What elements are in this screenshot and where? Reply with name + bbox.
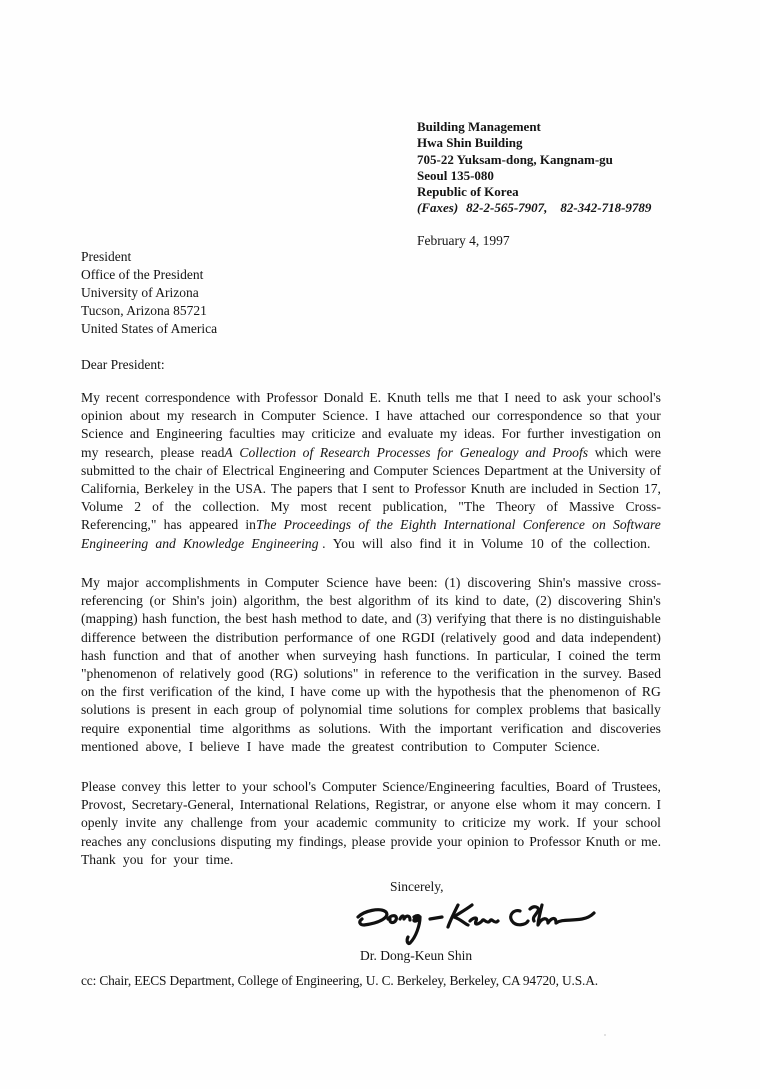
word: (3) (416, 610, 432, 628)
word: The (271, 480, 292, 498)
word: to (139, 462, 150, 480)
word: the (175, 498, 192, 516)
word: tells (427, 389, 450, 407)
word: kind (455, 592, 479, 610)
word: the (328, 738, 348, 756)
word: In (477, 647, 488, 665)
word: that (337, 480, 357, 498)
word: whom (522, 796, 556, 814)
word: faculties, (500, 778, 549, 796)
word: your (593, 814, 618, 832)
word: Computer (322, 778, 376, 796)
word: Knuth (387, 389, 421, 407)
word: Proofs (552, 444, 588, 462)
word: Engineering (81, 535, 152, 553)
word: to (346, 610, 357, 628)
body-paragraph-1: MyrecentcorrespondencewithProfessorDonal… (81, 389, 661, 553)
word: Referencing," (81, 516, 156, 534)
word: I (557, 647, 562, 665)
word: the (612, 647, 629, 665)
word: Science (81, 425, 123, 443)
word: group (245, 701, 277, 719)
body-paragraph-2: MymajoraccomplishmentsinComputerScienceh… (81, 574, 661, 756)
word: discovering (558, 592, 621, 610)
word: of (152, 498, 163, 516)
word: of (595, 778, 606, 796)
word: I (375, 407, 380, 425)
word: to (437, 665, 448, 683)
word: E. (369, 389, 381, 407)
word: Relations, (315, 796, 370, 814)
word: will (362, 535, 387, 553)
word: in (544, 665, 555, 683)
word: ideas. (464, 425, 495, 443)
word: faculties (229, 425, 275, 443)
word: for (454, 701, 470, 719)
word: I (189, 738, 197, 756)
word: investigation (571, 425, 641, 443)
word: and (525, 444, 545, 462)
word: the (376, 516, 393, 534)
word: the (100, 683, 117, 701)
word: and (165, 647, 185, 665)
word: or (434, 796, 445, 814)
word: from (250, 814, 276, 832)
word: distinguishable (578, 610, 660, 628)
word: verification (501, 720, 564, 738)
word: RGDI (402, 629, 435, 647)
word: openly (81, 814, 118, 832)
letter-date: February 4, 1997 (417, 232, 510, 249)
word: good (503, 629, 530, 647)
word: provide (391, 833, 433, 851)
word: 17, (644, 480, 661, 498)
word: please (352, 833, 386, 851)
word: find (419, 535, 445, 553)
word: of (218, 683, 229, 701)
word: need (515, 389, 541, 407)
word: kind, (257, 683, 285, 701)
word: to (444, 814, 455, 832)
word: which (595, 444, 628, 462)
word: at (553, 462, 563, 480)
word: to (514, 833, 525, 851)
paragraph-line: MyrecentcorrespondencewithProfessorDonal… (81, 389, 661, 407)
word: Provost, (81, 796, 126, 814)
word: academic (316, 814, 367, 832)
word: reference (381, 665, 432, 683)
word: in (583, 480, 594, 498)
word: relatively (180, 665, 231, 683)
word: research (191, 407, 236, 425)
word: My (81, 574, 100, 592)
word: "The (458, 498, 485, 516)
word: collection. (202, 498, 259, 516)
word: major (107, 574, 139, 592)
word: recent (106, 389, 139, 407)
word: papers (297, 480, 332, 498)
word: criticize (311, 425, 355, 443)
sender-line: Seoul 135-080 (417, 168, 651, 184)
word: that (586, 701, 606, 719)
word: me (455, 389, 472, 407)
word: exponential (128, 720, 191, 738)
word: is (547, 610, 556, 628)
paragraph-line: Provost,Secretary-General,InternationalR… (81, 796, 661, 814)
word: has (164, 516, 182, 534)
word: to (486, 592, 497, 610)
word: basically (612, 701, 660, 719)
word: (RG) (270, 665, 298, 683)
word: referencing (81, 592, 143, 610)
word: appeared (189, 516, 238, 534)
word: that (491, 610, 511, 628)
word: functions. (415, 647, 469, 665)
word: correspondence (497, 407, 582, 425)
word: in (244, 407, 255, 425)
word: I (290, 683, 295, 701)
word: is (136, 701, 145, 719)
word: term (636, 647, 661, 665)
word: Computer (265, 574, 319, 592)
word: and (130, 425, 150, 443)
word: in (364, 665, 375, 683)
word: Conference (523, 516, 585, 534)
word: International (240, 796, 309, 814)
word: your (636, 407, 661, 425)
word: join) (211, 592, 237, 610)
word: verification (476, 665, 539, 683)
word: RG (642, 683, 661, 701)
word: Registrar, (375, 796, 428, 814)
word: complex (476, 701, 523, 719)
sender-fax-line: (Faxes)82-2-565-7907, 82-342-718-9789 (417, 200, 651, 216)
word: If (577, 814, 586, 832)
salutation: Dear President: (81, 356, 165, 374)
word: publication, (383, 498, 448, 516)
word: to (475, 738, 489, 756)
word: to (226, 778, 237, 796)
signer-name: Dr. Dong-Keun Shin (360, 947, 472, 964)
word: Based (628, 665, 661, 683)
word: verifying (436, 610, 486, 628)
word: (relatively (441, 629, 497, 647)
word: hash (272, 610, 297, 628)
word: with (386, 683, 410, 701)
paragraph-line: (mapping)hashfunction,thebesthashmethodt… (81, 610, 661, 628)
word: have (259, 738, 288, 756)
word: algorithm, (244, 592, 300, 610)
word: discoveries (600, 720, 661, 738)
word: polynomial (300, 701, 362, 719)
sender-line: Republic of Korea (417, 184, 651, 200)
word: made (291, 738, 324, 756)
word: further (527, 425, 564, 443)
paragraph-line: onthefirstverificationofthekind,Ihavecom… (81, 683, 661, 701)
word: Shin's (628, 592, 661, 610)
paragraph-line: openlyinviteanychallengefromyouracademic… (81, 814, 661, 832)
word: data (561, 629, 584, 647)
word: Software (613, 516, 661, 534)
word: and (392, 610, 412, 628)
word: believe (200, 738, 243, 756)
word: that (478, 389, 498, 407)
word: of (206, 462, 217, 480)
paragraph-line: requireexponentialtimealgorithmsassoluti… (81, 720, 661, 738)
word: For (502, 425, 521, 443)
word: accomplishments (146, 574, 240, 592)
word: work. (538, 814, 569, 832)
word: Cross- (626, 498, 662, 516)
word: no (560, 610, 574, 628)
word: solutions (81, 701, 130, 719)
word: readA (201, 444, 233, 462)
word: sent (372, 480, 394, 498)
word: your (242, 778, 267, 796)
word: as (299, 720, 310, 738)
word: solutions. (319, 720, 372, 738)
word: criticize (462, 814, 506, 832)
word: of (625, 683, 636, 701)
word: were (635, 444, 661, 462)
word: present (152, 701, 191, 719)
word: inThe (245, 516, 276, 534)
word: submitted (81, 462, 135, 480)
body-paragraph-3: Pleaseconveythislettertoyourschool'sComp… (81, 778, 661, 869)
word: good (237, 665, 264, 683)
word: Volume (481, 535, 527, 553)
word: Sciences (432, 462, 480, 480)
paragraph-line: Pleaseconveythislettertoyourschool'sComp… (81, 778, 661, 796)
word: best (330, 592, 352, 610)
word: on (647, 425, 661, 443)
word: evaluate (388, 425, 433, 443)
word: My (81, 389, 100, 407)
word: concern. (604, 796, 650, 814)
recipient-line: President (81, 248, 217, 266)
word: hash (81, 647, 106, 665)
word: findings, (299, 833, 347, 851)
word: California, (81, 480, 140, 498)
word: mentioned (81, 738, 142, 756)
word: the (570, 535, 590, 553)
word: solutions" (304, 665, 359, 683)
word: Knowledge (183, 535, 248, 553)
recipient-address-block: President Office of the President Univer… (81, 248, 217, 338)
word: and (572, 720, 592, 738)
word: been: (408, 574, 437, 592)
word: the (453, 665, 470, 683)
word: my (440, 425, 457, 443)
word: have (375, 574, 401, 592)
word: another (238, 647, 279, 665)
word: time (200, 720, 224, 738)
word: "phenomenon (81, 665, 157, 683)
word: massive (578, 574, 622, 592)
word: Engineering (279, 462, 345, 480)
word: when (286, 647, 315, 665)
scan-speck (604, 1034, 606, 1036)
word: the (561, 665, 578, 683)
word: your (284, 814, 309, 832)
word: Science. (323, 407, 369, 425)
sender-address-block: Building Management Hwa Shin Building 70… (417, 119, 651, 217)
paragraph-line: opinionaboutmyresearchinComputerScience.… (81, 407, 661, 425)
word: the (225, 610, 242, 628)
paragraph-line: myresearch,pleasereadACollectionofResear… (81, 444, 661, 462)
word: Volume (81, 498, 123, 516)
word: included (531, 480, 578, 498)
word: of (551, 535, 566, 553)
paragraph-line: differencebetweenthedistributionperforma… (81, 629, 661, 647)
word: Berkeley (144, 480, 193, 498)
word: coined (569, 647, 605, 665)
handwritten-signature-icon (350, 895, 600, 947)
word: difference (81, 629, 136, 647)
word: (2) (536, 592, 552, 610)
cc-line: cc: Chair, EECS Department, College of E… (81, 972, 598, 989)
word: International (444, 516, 516, 534)
paragraph-line: Volume2ofthecollection.Mymostrecentpubli… (81, 498, 661, 516)
word: of (359, 629, 370, 647)
word: the (214, 480, 231, 498)
word: I (363, 480, 368, 498)
word: to (546, 389, 557, 407)
word: that (192, 647, 212, 665)
word: Research (320, 444, 370, 462)
word: and (349, 462, 369, 480)
word: invite (125, 814, 156, 832)
word: Trustees, (612, 778, 661, 796)
word: Eighth (400, 516, 436, 534)
word: survey. (583, 665, 622, 683)
paragraph-line: referencing(orShin'sjoin)algorithm,thebe… (81, 592, 661, 610)
paragraph-line: EngineeringandKnowledgeEngineering.Youwi… (81, 535, 661, 553)
recipient-line: University of Arizona (81, 284, 217, 302)
word: Donald (323, 389, 363, 407)
word: ask (563, 389, 581, 407)
word: please (160, 444, 194, 462)
paragraph-line: mentionedabove,IbelieveIhavemadethegreat… (81, 738, 661, 756)
word: attached (420, 407, 465, 425)
word: or (625, 833, 636, 851)
word: my (513, 814, 530, 832)
word: important (439, 720, 492, 738)
word: disputing (221, 833, 272, 851)
word: I (247, 738, 255, 756)
word: collection. (593, 535, 654, 553)
word: the (414, 720, 431, 738)
word: your (587, 389, 612, 407)
word: performance (284, 629, 353, 647)
word: may (282, 425, 305, 443)
word: on (592, 516, 606, 534)
word: Proceedings (284, 516, 351, 534)
word: else (496, 796, 517, 814)
word: verification (150, 683, 213, 701)
word: hash (383, 647, 408, 665)
word: function, (171, 610, 220, 628)
word: may (575, 796, 598, 814)
paragraph-line: "phenomenonofrelativelygood(RG)solutions… (81, 665, 661, 683)
word: also (390, 535, 416, 553)
word: to (399, 480, 410, 498)
word: Electrical (222, 462, 274, 480)
word: of (547, 498, 558, 516)
word: Engineering (156, 425, 222, 443)
word: the (415, 683, 432, 701)
word: USA. (235, 480, 266, 498)
recipient-line: United States of America (81, 320, 217, 338)
word: school (625, 814, 661, 832)
word: Department (484, 462, 548, 480)
word: Please (81, 778, 116, 796)
word: up (366, 683, 380, 701)
word: letter (192, 778, 220, 796)
word: algorithms (232, 720, 290, 738)
word: My (271, 498, 290, 516)
word: it (449, 535, 460, 553)
word: your (437, 833, 462, 851)
word: (or (150, 592, 166, 610)
word: method (301, 610, 342, 628)
word: hash (142, 610, 167, 628)
word: that (608, 407, 628, 425)
word: my (167, 407, 184, 425)
word: Knuth (471, 480, 505, 498)
word: Engineering. (251, 535, 329, 553)
word: Professor (529, 833, 580, 851)
word: University (588, 462, 645, 480)
word: best (246, 610, 268, 628)
word: Computer (373, 462, 427, 480)
word: phenomenon (549, 683, 619, 701)
word: are (510, 480, 527, 498)
word: any (127, 833, 147, 851)
paragraph-line: reachesanyconclusionsdisputingmyfindings… (81, 833, 661, 851)
word: opinion (81, 407, 123, 425)
word: greatest (352, 738, 398, 756)
word: time. (206, 851, 237, 869)
word: Secretary-General, (132, 796, 234, 814)
word: Science (326, 574, 368, 592)
word: Shin's (538, 574, 571, 592)
word: come (331, 683, 360, 701)
word: Computer (493, 738, 551, 756)
sender-line: Building Management (417, 119, 651, 135)
word: function (113, 647, 158, 665)
word: cross- (629, 574, 661, 592)
word: that (501, 683, 521, 701)
word: 2 (134, 498, 141, 516)
word: Knuth (586, 833, 620, 851)
word: With (379, 720, 406, 738)
word: You (333, 535, 359, 553)
word: about (130, 407, 160, 425)
word: our (472, 407, 490, 425)
sender-line: Hwa Shin Building (417, 135, 651, 151)
word: Science. (554, 738, 603, 756)
word: each (214, 701, 239, 719)
word: for (437, 444, 453, 462)
word: Professor (266, 389, 317, 407)
word: have (387, 407, 413, 425)
word: date, (503, 592, 529, 610)
word: solutions (399, 701, 448, 719)
word: I (504, 389, 509, 407)
word: Massive (569, 498, 614, 516)
word: above, (146, 738, 185, 756)
